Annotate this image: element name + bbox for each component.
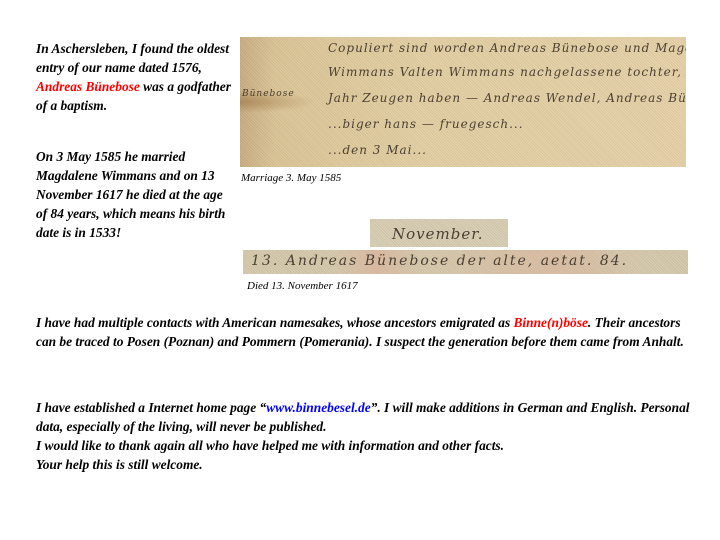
intro-text-1: In Aschersleben, I found the oldest entr…	[36, 41, 229, 75]
death-caption: Died 13. November 1617	[247, 280, 358, 292]
marriage-caption: Marriage 3. May 1585	[241, 172, 341, 184]
script-line-3: Jahr Zeugen haben — Andreas Wendel, Andr…	[328, 91, 686, 105]
homepage-paragraph: I have established a Internet home page …	[36, 398, 706, 474]
november-script: November.	[392, 225, 484, 243]
ancestor-name-highlight: Andreas Bünebose	[36, 79, 140, 94]
surname-variant-highlight: Binne(n)böse	[514, 315, 588, 330]
american-text-1: I have had multiple contacts with Americ…	[36, 315, 514, 330]
homepage-link[interactable]: www.binnebesel.de	[266, 400, 370, 415]
marriage-record-image: Bünebose Copuliert sind worden Andreas B…	[240, 37, 686, 167]
script-line-2: Wimmans Valten Wimmans nachgelassene toc…	[328, 65, 686, 79]
thanks-text: I would like to thank again all who have…	[36, 438, 504, 453]
november-record-image: November.	[370, 219, 508, 247]
script-line-5: ...den 3 Mai...	[328, 143, 427, 157]
death-script: 13. Andreas Bünebose der alte, aetat. 84…	[251, 253, 628, 269]
welcome-text: Your help this is still welcome.	[36, 457, 203, 472]
intro-paragraph: In Aschersleben, I found the oldest entr…	[36, 39, 236, 115]
marriage-info-paragraph: On 3 May 1585 he married Magdalene Wimma…	[36, 147, 236, 242]
american-namesakes-paragraph: I have had multiple contacts with Americ…	[36, 313, 696, 351]
death-record-image: 13. Andreas Bünebose der alte, aetat. 84…	[243, 250, 688, 274]
homepage-text-1: I have established a Internet home page …	[36, 400, 266, 415]
script-line-1: Copuliert sind worden Andreas Bünebose u…	[328, 41, 686, 55]
script-line-4: ...biger hans — fruegesch...	[328, 117, 524, 131]
margin-note: Bünebose	[242, 89, 295, 99]
